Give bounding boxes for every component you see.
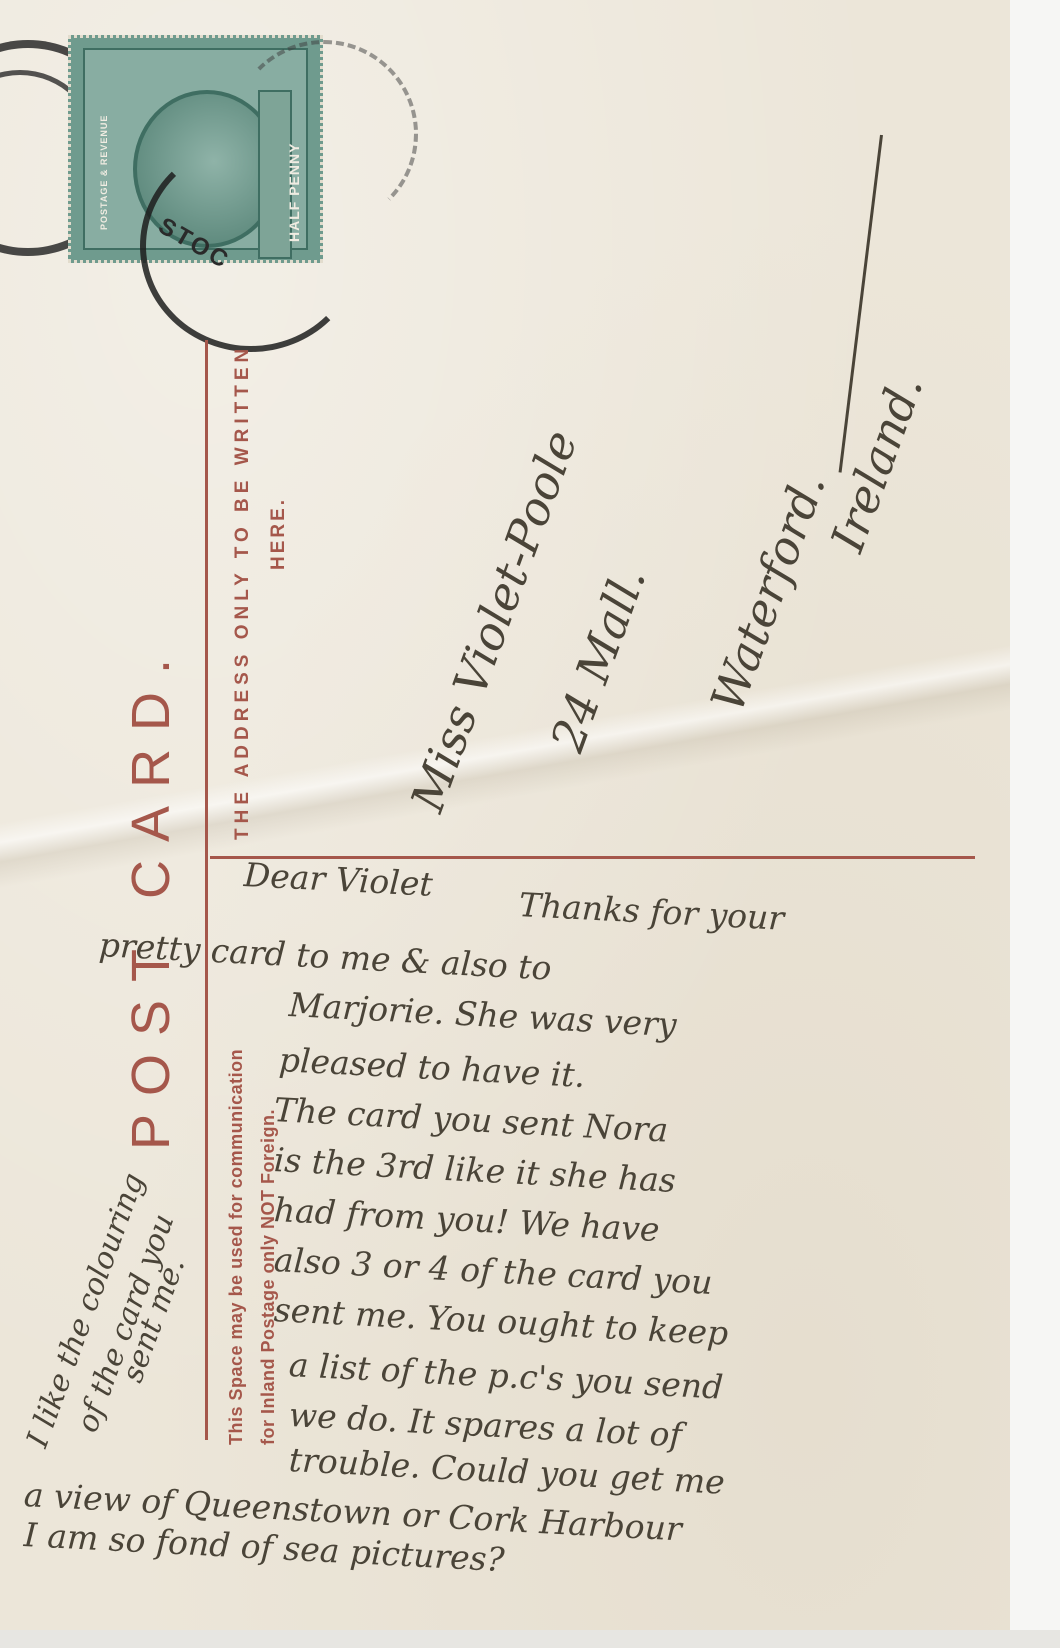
- address-line-city: Waterford.: [700, 466, 836, 719]
- address-line-country: Ireland.: [820, 368, 933, 559]
- postcard-title: POST CARD.: [120, 641, 182, 1150]
- postcard: HALF PENNY POSTAGE & REVENUE STOC POST C…: [0, 0, 1010, 1630]
- address-instruction-here: HERE.: [268, 497, 290, 570]
- message-line: Thanks for your: [518, 885, 785, 938]
- message-line: Dear Violet: [243, 855, 434, 904]
- postmark-faint-ring: [230, 40, 418, 228]
- address-instruction: THE ADDRESS ONLY TO BE WRITTEN: [232, 344, 254, 840]
- stamp-side-text: POSTAGE & REVENUE: [99, 115, 109, 230]
- message-line: is the 3rd like it she has: [273, 1140, 677, 1200]
- address-line-name: Miss Violet-Poole: [400, 423, 588, 818]
- message-line: sent me. You ought to keep: [273, 1290, 729, 1353]
- message-line: pleased to have it.: [278, 1040, 586, 1095]
- message-line: had from you! We have: [273, 1190, 661, 1249]
- vertical-divider-line: [205, 340, 208, 1440]
- address-line-street: 24 Mall.: [540, 560, 656, 759]
- scan-background-right: [1010, 0, 1060, 1648]
- communication-note: This Space may be used for communication: [226, 1049, 247, 1445]
- message-line: Marjorie. She was very: [288, 985, 678, 1044]
- message-line: The card you sent Nora: [273, 1090, 669, 1150]
- scan-background-bottom: [0, 1630, 1060, 1648]
